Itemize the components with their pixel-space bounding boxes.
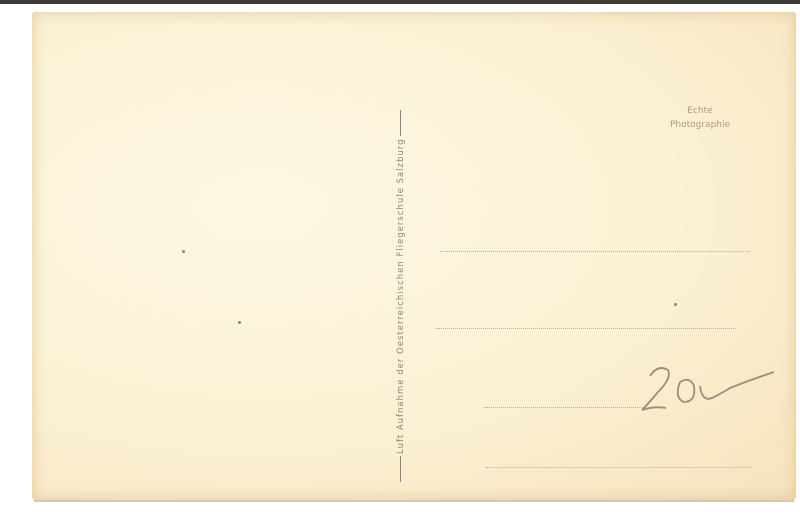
stain-spot [674, 303, 677, 306]
scan-top-border [0, 0, 800, 4]
brand-line-1: Echte [660, 104, 740, 118]
address-line-2 [436, 328, 736, 329]
stain-spot [238, 321, 241, 324]
vertical-caption: Luft Aufnahme der Oesterreichischen Flie… [396, 108, 406, 484]
brand-line-2: Photographie [660, 118, 740, 132]
address-line-1 [440, 251, 750, 252]
postcard-back [32, 12, 796, 500]
caption-text: Luft Aufnahme der Oesterreichischen Flie… [396, 138, 406, 454]
address-line-3 [484, 407, 644, 408]
stain-spot [182, 250, 185, 253]
handwritten-20-icon [640, 358, 780, 418]
postcard-bottom-edge [34, 500, 794, 502]
brand-imprint: Echte Photographie [660, 104, 740, 132]
address-line-4 [486, 467, 752, 468]
